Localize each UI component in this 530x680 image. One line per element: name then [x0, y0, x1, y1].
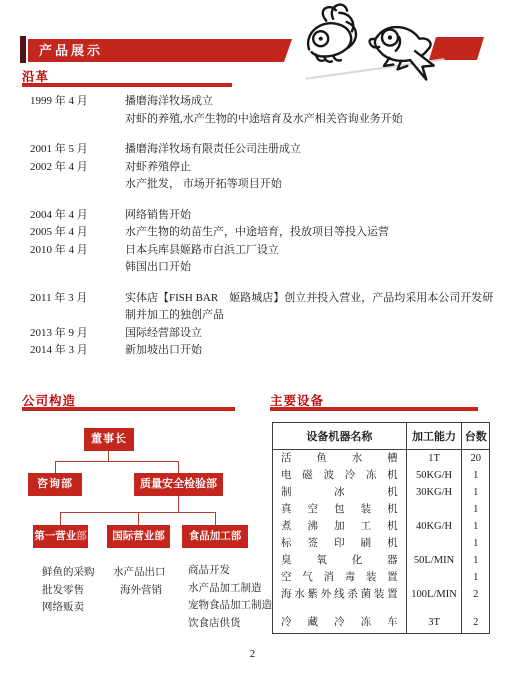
- timeline-date: 2013 年 9 月: [30, 325, 95, 343]
- history-section-rule: [22, 83, 232, 87]
- page-title: 产品展示: [28, 39, 292, 62]
- timeline-text: 新加坡出口开始: [125, 342, 500, 360]
- timeline-text: 水产批发， 市场开拓等项目开始: [125, 176, 500, 194]
- timeline-entry: 对虾的养殖,水产生物的中途培育及水产相关咨询业务开始: [30, 111, 500, 129]
- timeline-entry: 2004 年 4 月 网络销售开始: [30, 207, 500, 225]
- table-row: 臭氧化器 50L/MIN 1: [273, 552, 490, 569]
- col-header-capacity: 加工能力: [406, 423, 462, 450]
- table-row: 电磁波冷冻机 50KG/H 1: [273, 467, 490, 484]
- org-list-sales1: 鲜鱼的采购 批发零售 网络贩卖: [42, 564, 95, 617]
- timeline-entry: 韩国出口开始: [30, 259, 500, 277]
- timeline-entry: 2002 年 4 月 对虾养殖停止: [30, 159, 500, 177]
- org-list-food: 商品开发 水产品加工制造 宠物食品加工制造 饮食店供货: [188, 562, 272, 632]
- timeline-text: 对虾的养殖,水产生物的中途培育及水产相关咨询业务开始: [125, 111, 500, 129]
- timeline-date: 2011 年 3 月: [30, 290, 95, 325]
- org-box-consulting: 咨询部: [28, 473, 82, 496]
- org-box-sales1-suffix: 部: [76, 531, 87, 542]
- org-connector: [108, 450, 109, 461]
- timeline-entry: 2010 年 4 月 日本兵库县姬路市白浜工厂设立: [30, 242, 500, 260]
- timeline-entry: 水产批发， 市场开拓等项目开始: [30, 176, 500, 194]
- history-timeline: 1999 年 4 月 播磨海洋牧场成立 对虾的养殖,水产生物的中途培育及水产相关…: [30, 93, 500, 360]
- table-row: 煮沸加工机 40KG/H 1: [273, 518, 490, 535]
- table-row: 空气消毒装置 1: [273, 569, 490, 586]
- org-box-chairman: 董事长: [84, 428, 134, 451]
- org-box-quality: 质量安全检验部: [134, 473, 223, 496]
- org-list-item: 饮食店供货: [188, 615, 272, 633]
- timeline-text: 实体店【FISH BAR 姬路城店】创立并投入营业，产品均采用本公司开发研制并加…: [125, 290, 500, 325]
- timeline-text: 韩国出口开始: [125, 259, 500, 277]
- timeline-entry: 2013 年 9 月 国际经营部设立: [30, 325, 500, 343]
- timeline-entry: 2014 年 3 月 新加坡出口开始: [30, 342, 500, 360]
- org-connector: [55, 461, 179, 462]
- timeline-text: 对虾养殖停止: [125, 159, 500, 177]
- org-list-item: 水产品加工制造: [188, 580, 272, 598]
- timeline-date: 2004 年 4 月: [30, 207, 95, 225]
- table-row: 制冰机 30KG/H 1: [273, 484, 490, 501]
- org-box-sales1: 第一营业部: [33, 525, 88, 548]
- org-box-intl: 国际营业部: [107, 525, 170, 548]
- timeline-text: 播磨海洋牧场有限责任公司注册成立: [125, 141, 500, 159]
- page-number: 2: [0, 648, 505, 660]
- timeline-date: 2005 年 4 月: [30, 224, 95, 242]
- equipment-section-rule: [270, 407, 478, 411]
- table-row: 冷藏冷冻车 3T 2: [273, 614, 490, 634]
- timeline-date: 1999 年 4 月: [30, 93, 95, 111]
- timeline-entry: 2005 年 4 月 水产生物的幼苗生产，中途培育，投放项目等投入运营: [30, 224, 500, 242]
- timeline-date: 2001 年 5 月: [30, 141, 95, 159]
- org-connector: [178, 496, 179, 512]
- org-connector: [138, 512, 139, 525]
- org-list-intl: 水产品出口 海外营销: [113, 564, 166, 599]
- org-connector: [178, 461, 179, 473]
- timeline-text: 网络销售开始: [125, 207, 500, 225]
- col-header-name: 设备机器名称: [273, 423, 407, 450]
- org-box-food: 食品加工部: [182, 525, 248, 548]
- table-row: 标签印刷机 1: [273, 535, 490, 552]
- table-row: 真空包装机 1: [273, 501, 490, 518]
- timeline-date: 2010 年 4 月: [30, 242, 95, 260]
- org-connector: [60, 512, 61, 525]
- timeline-entry: 1999 年 4 月 播磨海洋牧场成立: [30, 93, 500, 111]
- org-list-item: 海外营销: [113, 582, 166, 600]
- timeline-text: 国际经营部设立: [125, 325, 500, 343]
- timeline-entry: 2011 年 3 月 实体店【FISH BAR 姬路城店】创立并投入营业，产品均…: [30, 290, 500, 325]
- col-header-count: 台数: [462, 423, 490, 450]
- org-list-item: 批发零售: [42, 582, 95, 600]
- timeline-text: 播磨海洋牧场成立: [125, 93, 500, 111]
- shrimp-fish-illustration: [288, 0, 453, 88]
- equipment-table: 设备机器名称 加工能力 台数 活鱼水槽 1T 20 电磁波冷冻机 50KG/H …: [272, 422, 490, 634]
- timeline-text: 日本兵库县姬路市白浜工厂设立: [125, 242, 500, 260]
- org-section-rule: [22, 407, 235, 411]
- timeline-text: 水产生物的幼苗生产，中途培育，投放项目等投入运营: [125, 224, 500, 242]
- timeline-entry: 2001 年 5 月 播磨海洋牧场有限责任公司注册成立: [30, 141, 500, 159]
- org-list-item: 宠物食品加工制造: [188, 597, 272, 615]
- table-row: 活鱼水槽 1T 20: [273, 450, 490, 468]
- org-list-item: 鲜鱼的采购: [42, 564, 95, 582]
- table-spacer-row: [273, 603, 490, 614]
- equipment-header-row: 设备机器名称 加工能力 台数: [273, 423, 490, 450]
- table-row: 海水紫外线杀菌装置 100L/MIN 2: [273, 586, 490, 603]
- timeline-date: 2014 年 3 月: [30, 342, 95, 360]
- org-connector: [55, 461, 56, 473]
- timeline-date: 2002 年 4 月: [30, 159, 95, 177]
- banner-accent-bar: [20, 36, 26, 63]
- document-page: 产品展示 沿革 1999 年: [0, 0, 530, 680]
- org-connector: [215, 512, 216, 525]
- fish-icon: [365, 22, 440, 80]
- org-list-item: 网络贩卖: [42, 599, 95, 617]
- shrimp-icon: [303, 3, 359, 65]
- org-list-item: 商品开发: [188, 562, 272, 580]
- org-list-item: 水产品出口: [113, 564, 166, 582]
